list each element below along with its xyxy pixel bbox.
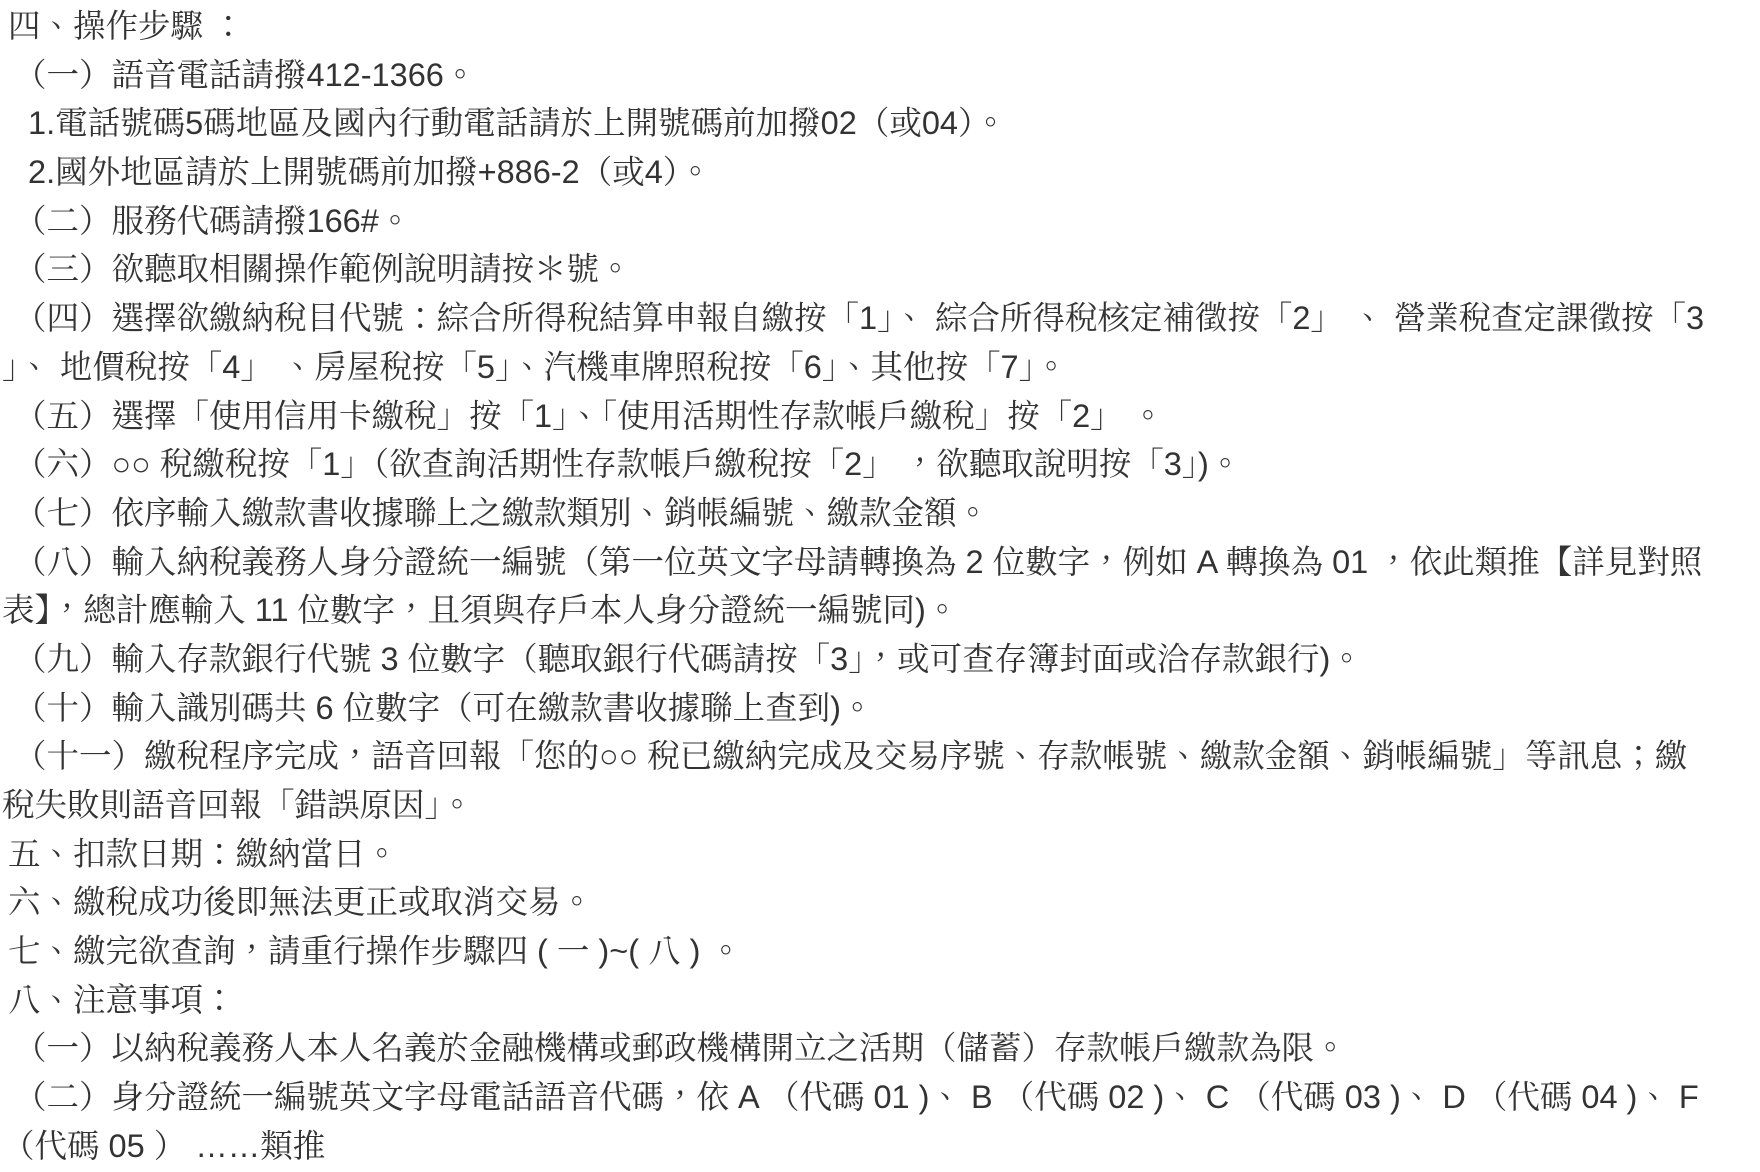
text-line: （一）以納稅義務人本人名義於金融機構或郵政機構開立之活期（儲蓄）存款帳戶繳款為限… <box>0 1024 1760 1073</box>
text-line: （代碼 05 ） ……類推 <box>0 1122 1760 1171</box>
document-page: 四、操作步驟 ：（一）語音電話請撥412-1366。1.電話號碼5碼地區及國內行… <box>0 0 1760 1172</box>
text-line: （四）選擇欲繳納稅目代號：綜合所得稅結算申報自繳按「1」、 綜合所得稅核定補徵按… <box>0 294 1760 343</box>
text-line: （一）語音電話請撥412-1366。 <box>0 51 1760 100</box>
text-line: （九）輸入存款銀行代號 3 位數字（聽取銀行代碼請按「3」，或可查存簿封面或洽存… <box>0 635 1760 684</box>
document-lines: 四、操作步驟 ：（一）語音電話請撥412-1366。1.電話號碼5碼地區及國內行… <box>0 2 1760 1171</box>
text-line: 七、繳完欲查詢，請重行操作步驟四 ( 一 )~( 八 ) 。 <box>0 927 1760 976</box>
text-line: 五、扣款日期：繳納當日。 <box>0 830 1760 879</box>
text-line: （十）輸入識別碼共 6 位數字（可在繳款書收據聯上查到)。 <box>0 684 1760 733</box>
text-line: 稅失敗則語音回報「錯誤原因」。 <box>0 781 1760 830</box>
text-line: （六）○○ 稅繳稅按「1」（欲查詢活期性存款帳戶繳稅按「2」 ，欲聽取說明按「3… <box>0 440 1760 489</box>
text-line: （五）選擇「使用信用卡繳稅」按「1」、「使用活期性存款帳戶繳稅」按「2」 。 <box>0 392 1760 441</box>
text-line: （三）欲聽取相關操作範例說明請按＊號。 <box>0 245 1760 294</box>
text-line: （八）輸入納稅義務人身分證統一編號（第一位英文字母請轉換為 2 位數字，例如 A… <box>0 538 1760 587</box>
text-line: 八、注意事項： <box>0 976 1760 1025</box>
text-line: （十一）繳稅程序完成，語音回報「您的○○ 稅已繳納完成及交易序號、存款帳號、繳款… <box>0 732 1760 781</box>
text-line: （七）依序輸入繳款書收據聯上之繳款類別、銷帳編號、繳款金額。 <box>0 489 1760 538</box>
text-line: （二）服務代碼請撥166#。 <box>0 197 1760 246</box>
instructions-document: 四、操作步驟 ：（一）語音電話請撥412-1366。1.電話號碼5碼地區及國內行… <box>0 2 1760 1171</box>
text-line: 2.國外地區請於上開號碼前加撥+886-2（或4）。 <box>0 148 1760 197</box>
text-line: 表】，總計應輸入 11 位數字，且須與存戶本人身分證統一編號同)。 <box>0 586 1760 635</box>
text-line: 1.電話號碼5碼地區及國內行動電話請於上開號碼前加撥02（或04）。 <box>0 99 1760 148</box>
text-line: （二）身分證統一編號英文字母電話語音代碼，依 A （代碼 01 )、 B （代碼… <box>0 1073 1760 1122</box>
text-line: 四、操作步驟 ： <box>0 2 1760 51</box>
text-line: 」、 地價稅按「4」 、房屋稅按「5」、汽機車牌照稅按「6」、其他按「7」。 <box>0 343 1760 392</box>
text-line: 六、繳稅成功後即無法更正或取消交易。 <box>0 878 1760 927</box>
